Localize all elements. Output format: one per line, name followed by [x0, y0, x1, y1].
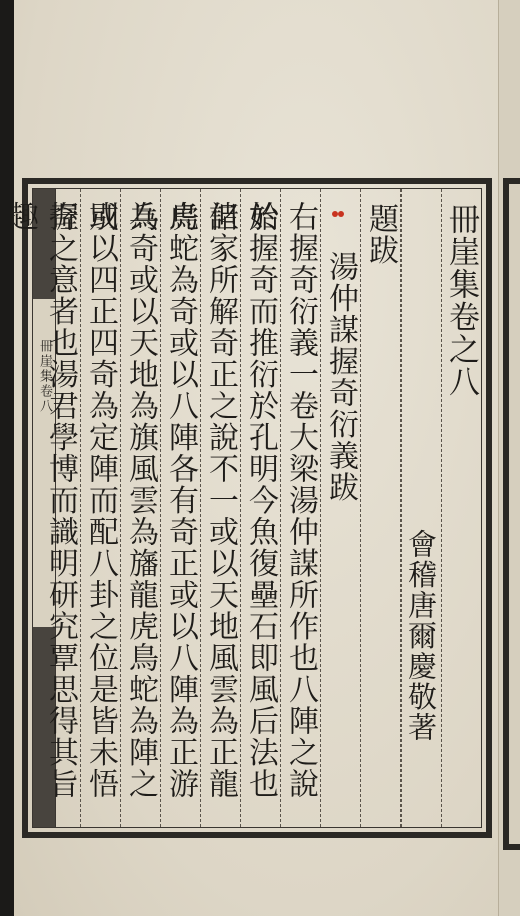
author-column: 會稽唐爾慶敬著	[401, 189, 441, 827]
body-column-2: 於握奇而推衍於孔明今魚復壘石即風后法也但	[240, 189, 280, 827]
essay-title: 湯仲謀握奇衍義跋	[320, 251, 360, 827]
body-column-7: 奇之意者也湯君學博而識明研究覃思得其旨趣	[40, 189, 80, 827]
red-punctuation-marks	[338, 211, 344, 226]
adjacent-leaf-edge	[498, 0, 520, 916]
red-dot-icon	[332, 211, 338, 217]
text-columns: 冊崖集卷之八 會稽唐爾慶敬著 題跋 湯仲謀握奇衍義跋 右握奇衍義一卷大梁湯仲謀所…	[55, 189, 481, 827]
adjacent-leaf-border	[503, 178, 520, 850]
section-heading: 題跋	[360, 189, 400, 827]
body-column-1: 右握奇衍義一卷大梁湯仲謀所作也八陣之說始	[280, 189, 320, 827]
essay-title-column: 湯仲謀握奇衍義跋	[320, 189, 360, 827]
blank-column	[400, 189, 401, 827]
inner-frame: 冊崖集卷八 冊崖集卷之八 會稽唐爾慶敬著 題跋 湯仲謀握奇衍義跋 右握奇衍義一卷…	[32, 188, 482, 828]
body-column-4: 鳥蛇為奇或以八陣各有奇正或以八陣為正游兵	[160, 189, 200, 827]
body-column-5: 為奇或以天地為旗風雲為旛龍虎鳥蛇為陣之別	[120, 189, 160, 827]
red-dot-icon	[338, 211, 344, 217]
body-column-3: 諸家所解奇正之說不一或以天地風雲為正龍虎	[200, 189, 240, 827]
book-title-column: 冊崖集卷之八	[441, 189, 481, 827]
body-column-6: 或以四正四奇為定陣而配八卦之位是皆未悟握	[80, 189, 120, 827]
printed-frame: 冊崖集卷八 冊崖集卷之八 會稽唐爾慶敬著 題跋 湯仲謀握奇衍義跋 右握奇衍義一卷…	[22, 178, 492, 838]
